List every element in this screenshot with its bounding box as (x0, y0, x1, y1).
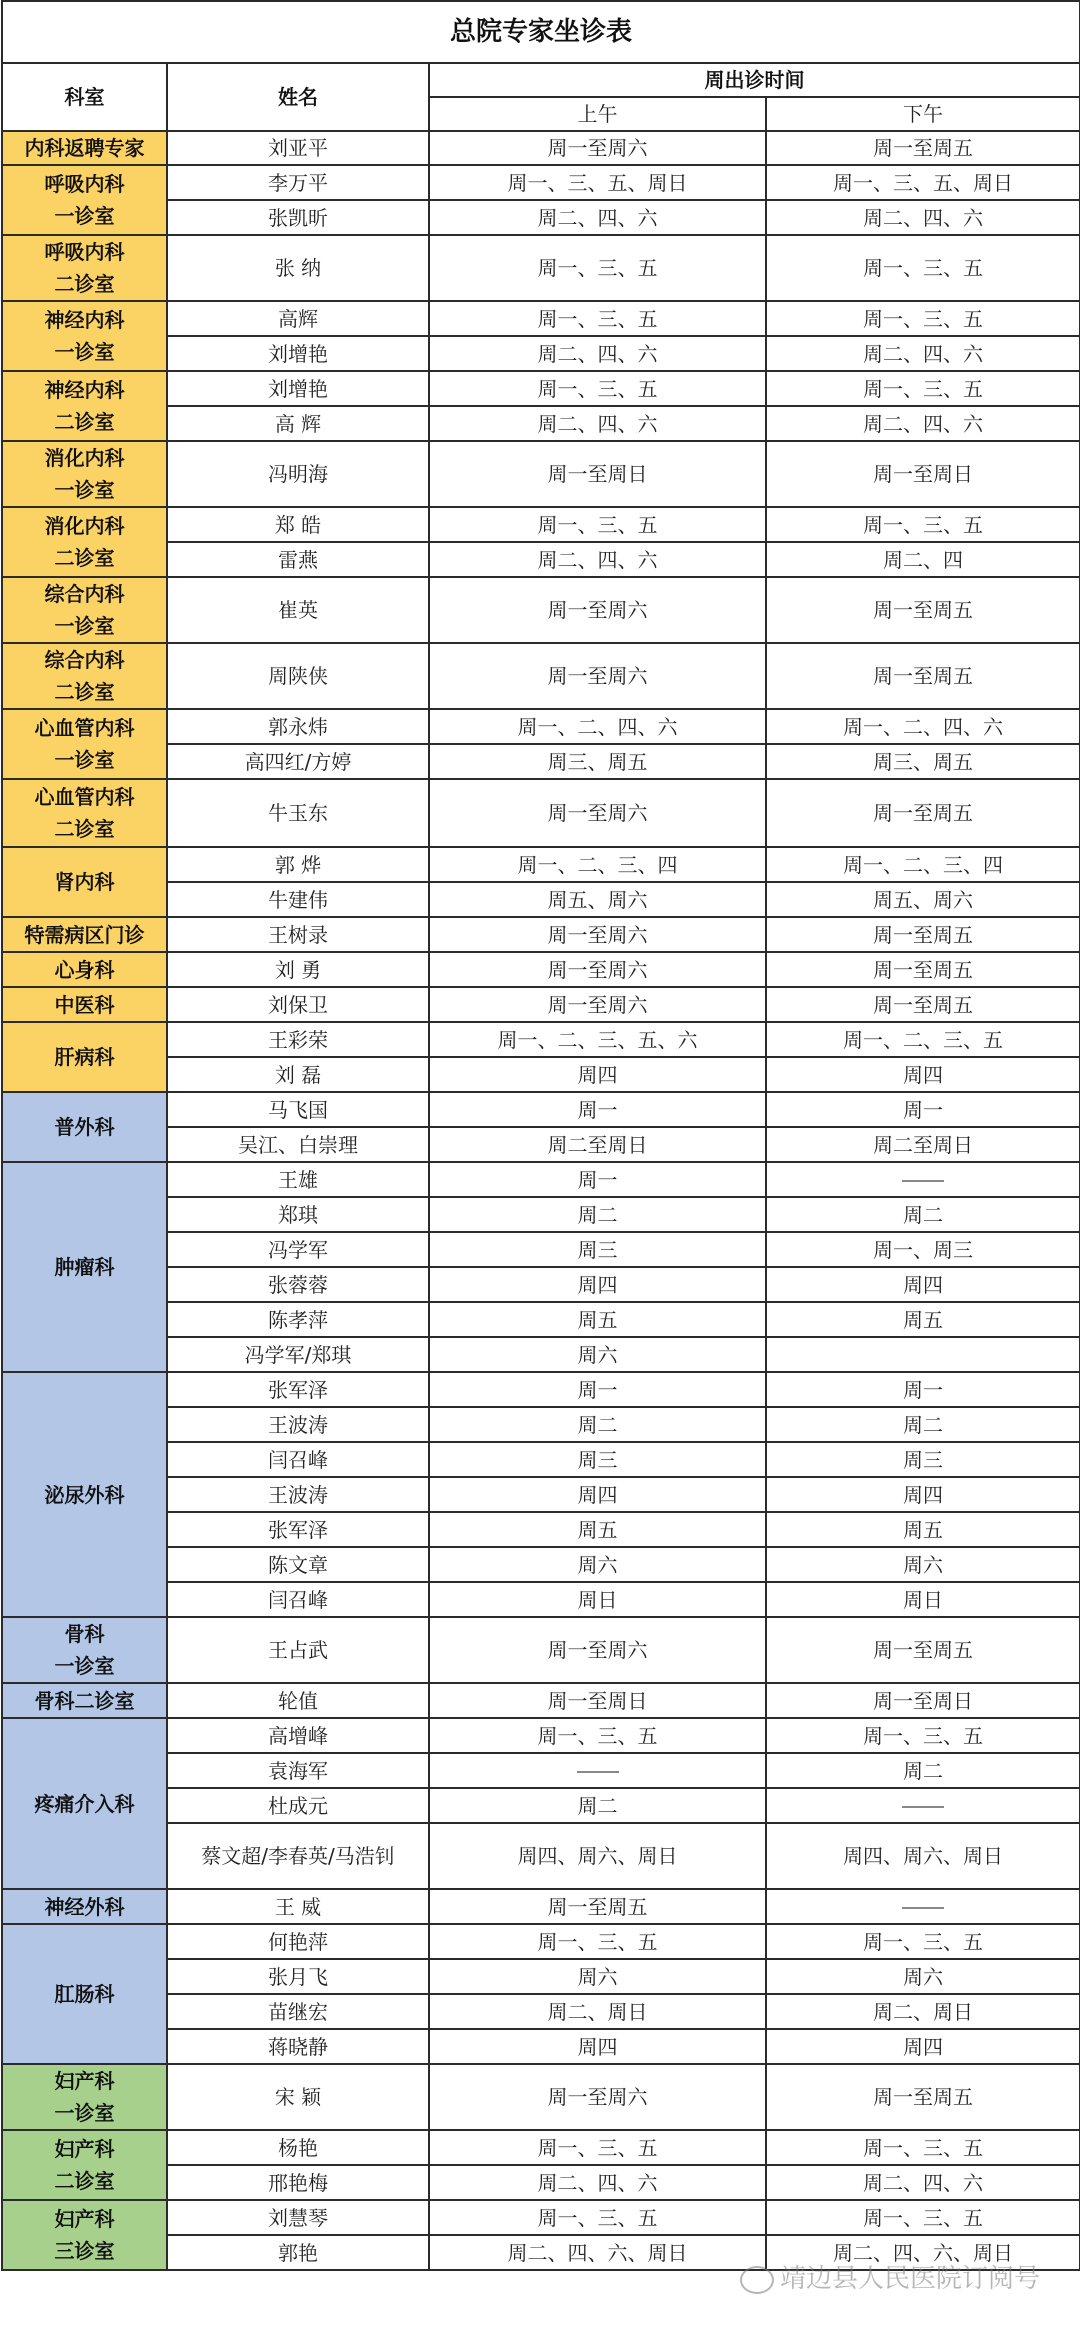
morning-schedule: 周一 (429, 1162, 766, 1197)
doctor-name: 张月飞 (167, 1959, 429, 1994)
department-cell: 肛肠科 (2, 1924, 167, 2064)
department-label: 二诊室 (3, 2165, 166, 2197)
department-label: 一诊室 (3, 474, 166, 506)
doctor-name: 郑琪 (167, 1197, 429, 1232)
department-label: 综合内科 (3, 644, 166, 676)
table-row: 神经内科二诊室刘增艳周一、三、五周一、三、五 (2, 371, 1080, 406)
department-label: 二诊室 (3, 542, 166, 574)
morning-schedule: 周四、周六、周日 (429, 1823, 766, 1889)
department-label: 内科返聘专家 (3, 132, 166, 164)
morning-schedule: 周四 (429, 1477, 766, 1512)
morning-schedule: 周二、四、六、周日 (429, 2235, 766, 2270)
morning-schedule: 周一、三、五 (429, 235, 766, 301)
morning-schedule: 周一、三、五 (429, 1718, 766, 1753)
department-label: 肾内科 (3, 866, 166, 898)
header-name: 姓名 (167, 63, 429, 131)
doctor-name: 郭 烨 (167, 847, 429, 882)
department-label: 一诊室 (3, 744, 166, 776)
department-label: 肛肠科 (3, 1978, 166, 2010)
department-label: 普外科 (3, 1111, 166, 1143)
afternoon-schedule: 周一至周五 (766, 643, 1080, 709)
afternoon-schedule: 周二、四 (766, 542, 1080, 577)
afternoon-schedule: 周一、三、五 (766, 507, 1080, 542)
afternoon-schedule: 周二、四、六 (766, 336, 1080, 371)
table-row: 神经外科王 威周一至周五 (2, 1889, 1080, 1924)
doctor-name: 李万平 (167, 165, 429, 200)
doctor-name: 张凯昕 (167, 200, 429, 235)
department-label: 一诊室 (3, 200, 166, 232)
afternoon-schedule: 周二、四、六 (766, 2165, 1080, 2200)
doctor-name: 杨艳 (167, 2130, 429, 2165)
table-row: 肾内科郭 烨周一、二、三、四周一、二、三、四 (2, 847, 1080, 882)
department-cell: 神经内科一诊室 (2, 301, 167, 371)
department-cell: 综合内科一诊室 (2, 577, 167, 643)
department-label: 妇产科 (3, 2203, 166, 2235)
doctor-name: 高 辉 (167, 406, 429, 441)
afternoon-schedule: 周二 (766, 1407, 1080, 1442)
afternoon-schedule: 周一至周日 (766, 441, 1080, 507)
afternoon-schedule: 周一至周五 (766, 952, 1080, 987)
table-row: 肿瘤科王雄周一 (2, 1162, 1080, 1197)
table-row: 内科返聘专家刘亚平周一至周六周一至周五 (2, 131, 1080, 165)
table-row: 心血管内科二诊室牛玉东周一至周六周一至周五 (2, 779, 1080, 847)
morning-schedule: 周二、周日 (429, 1994, 766, 2029)
doctor-name: 宋 颖 (167, 2064, 429, 2130)
department-label: 肝病科 (3, 1041, 166, 1073)
department-label: 消化内科 (3, 510, 166, 542)
morning-schedule: 周一至周五 (429, 1889, 766, 1924)
doctor-name: 张蓉蓉 (167, 1267, 429, 1302)
morning-schedule: 周二、四、六 (429, 336, 766, 371)
department-label: 一诊室 (3, 336, 166, 368)
doctor-name: 郑 皓 (167, 507, 429, 542)
department-label: 二诊室 (3, 268, 166, 300)
morning-schedule: 周六 (429, 1547, 766, 1582)
page-title: 总院专家坐诊表 (2, 1, 1080, 63)
department-label: 消化内科 (3, 442, 166, 474)
header-time-group: 周出诊时间 (429, 63, 1080, 97)
table-row: 疼痛介入科高增峰周一、三、五周一、三、五 (2, 1718, 1080, 1753)
department-cell: 妇产科一诊室 (2, 2064, 167, 2130)
morning-schedule: 周三 (429, 1232, 766, 1267)
table-row: 骨科一诊室王占武周一至周六周一至周五 (2, 1617, 1080, 1683)
department-label: 心血管内科 (3, 712, 166, 744)
department-label: 妇产科 (3, 2065, 166, 2097)
afternoon-schedule (766, 1162, 1080, 1197)
department-label: 一诊室 (3, 610, 166, 642)
table-row: 泌尿外科张军泽周一周一 (2, 1372, 1080, 1407)
doctor-name: 冯明海 (167, 441, 429, 507)
table-row: 综合内科二诊室周陕侠周一至周六周一至周五 (2, 643, 1080, 709)
doctor-name: 刘增艳 (167, 371, 429, 406)
afternoon-schedule: 周四 (766, 1267, 1080, 1302)
department-label: 神经内科 (3, 304, 166, 336)
morning-schedule: 周五、周六 (429, 882, 766, 917)
morning-schedule: 周一至周六 (429, 987, 766, 1022)
morning-schedule: 周一至周六 (429, 779, 766, 847)
afternoon-schedule: 周二、周日 (766, 1994, 1080, 2029)
department-cell: 泌尿外科 (2, 1372, 167, 1617)
morning-schedule: 周一、三、五 (429, 371, 766, 406)
department-label: 肿瘤科 (3, 1251, 166, 1283)
afternoon-schedule: 周五 (766, 1302, 1080, 1337)
doctor-name: 刘保卫 (167, 987, 429, 1022)
morning-schedule: 周一、三、五 (429, 301, 766, 336)
afternoon-schedule: 周五、周六 (766, 882, 1080, 917)
doctor-name: 崔英 (167, 577, 429, 643)
morning-schedule: 周四 (429, 1057, 766, 1092)
morning-schedule: 周二至周日 (429, 1127, 766, 1162)
afternoon-schedule: 周一至周五 (766, 131, 1080, 165)
department-cell: 中医科 (2, 987, 167, 1022)
doctor-name: 张 纳 (167, 235, 429, 301)
afternoon-schedule: 周日 (766, 1582, 1080, 1617)
department-cell: 肾内科 (2, 847, 167, 917)
afternoon-schedule: 周二、四、六 (766, 200, 1080, 235)
morning-schedule: 周一 (429, 1372, 766, 1407)
doctor-name: 郭永炜 (167, 709, 429, 744)
morning-schedule: 周四 (429, 1267, 766, 1302)
doctor-name: 王 威 (167, 1889, 429, 1924)
afternoon-schedule: 周一至周五 (766, 2064, 1080, 2130)
department-label: 心身科 (3, 954, 166, 986)
department-label: 疼痛介入科 (3, 1788, 166, 1820)
department-label: 二诊室 (3, 676, 166, 708)
afternoon-schedule: 周一、三、五 (766, 301, 1080, 336)
doctor-name: 牛建伟 (167, 882, 429, 917)
morning-schedule: 周一至周日 (429, 441, 766, 507)
doctor-name: 刘 勇 (167, 952, 429, 987)
doctor-name: 王树录 (167, 917, 429, 952)
morning-schedule: 周六 (429, 1337, 766, 1372)
morning-schedule: 周三 (429, 1442, 766, 1477)
afternoon-schedule: 周五 (766, 1512, 1080, 1547)
afternoon-schedule: 周三、周五 (766, 744, 1080, 779)
department-cell: 神经外科 (2, 1889, 167, 1924)
afternoon-schedule: 周一、二、四、六 (766, 709, 1080, 744)
header-afternoon: 下午 (766, 97, 1080, 131)
afternoon-schedule: 周四 (766, 1057, 1080, 1092)
afternoon-schedule: 周二至周日 (766, 1127, 1080, 1162)
morning-schedule: 周六 (429, 1959, 766, 1994)
doctor-name: 闫召峰 (167, 1442, 429, 1477)
doctor-name: 王波涛 (167, 1407, 429, 1442)
morning-schedule: 周一、三、五 (429, 2200, 766, 2235)
doctor-name: 高四红/方婷 (167, 744, 429, 779)
doctor-name: 杜成元 (167, 1788, 429, 1823)
morning-schedule: 周二、四、六 (429, 200, 766, 235)
afternoon-schedule: 周六 (766, 1959, 1080, 1994)
department-label: 呼吸内科 (3, 168, 166, 200)
doctor-name: 陈文章 (167, 1547, 429, 1582)
department-label: 二诊室 (3, 406, 166, 438)
afternoon-schedule (766, 1337, 1080, 1372)
afternoon-schedule: 周一至周日 (766, 1683, 1080, 1718)
morning-schedule: 周五 (429, 1512, 766, 1547)
morning-schedule: 周一至周六 (429, 952, 766, 987)
doctor-name: 张军泽 (167, 1512, 429, 1547)
table-row: 呼吸内科二诊室张 纳周一、三、五周一、三、五 (2, 235, 1080, 301)
table-row: 消化内科一诊室冯明海周一至周日周一至周日 (2, 441, 1080, 507)
doctor-name: 马飞国 (167, 1092, 429, 1127)
afternoon-schedule: 周二 (766, 1753, 1080, 1788)
schedule-table: 总院专家坐诊表 科室 姓名 周出诊时间 上午 下午 内科返聘专家刘亚平周一至周六… (1, 0, 1080, 2271)
doctor-name: 苗继宏 (167, 1994, 429, 2029)
doctor-name: 刘增艳 (167, 336, 429, 371)
department-label: 二诊室 (3, 813, 166, 845)
afternoon-schedule: 周一、三、五 (766, 235, 1080, 301)
table-row: 妇产科三诊室刘慧琴周一、三、五周一、三、五 (2, 2200, 1080, 2235)
department-label: 一诊室 (3, 2097, 166, 2129)
doctor-name: 陈孝萍 (167, 1302, 429, 1337)
doctor-name: 刘 磊 (167, 1057, 429, 1092)
department-cell: 消化内科二诊室 (2, 507, 167, 577)
department-cell: 呼吸内科二诊室 (2, 235, 167, 301)
afternoon-schedule: 周二、四、六 (766, 406, 1080, 441)
department-cell: 心血管内科一诊室 (2, 709, 167, 779)
doctor-name: 冯学军 (167, 1232, 429, 1267)
department-label: 心血管内科 (3, 781, 166, 813)
department-cell: 骨科二诊室 (2, 1683, 167, 1718)
morning-schedule: 周日 (429, 1582, 766, 1617)
doctor-name: 何艳萍 (167, 1924, 429, 1959)
doctor-name: 郭艳 (167, 2235, 429, 2270)
department-cell: 妇产科三诊室 (2, 2200, 167, 2270)
afternoon-schedule: 周一至周五 (766, 577, 1080, 643)
doctor-name: 邢艳梅 (167, 2165, 429, 2200)
doctor-name: 刘慧琴 (167, 2200, 429, 2235)
table-row: 特需病区门诊王树录周一至周六周一至周五 (2, 917, 1080, 952)
doctor-name: 袁海军 (167, 1753, 429, 1788)
afternoon-schedule: 周一、二、三、五 (766, 1022, 1080, 1057)
table-row: 肛肠科何艳萍周一、三、五周一、三、五 (2, 1924, 1080, 1959)
morning-schedule: 周二、四、六 (429, 542, 766, 577)
none-dash (902, 1180, 944, 1182)
morning-schedule: 周一至周六 (429, 1617, 766, 1683)
department-label: 泌尿外科 (3, 1479, 166, 1511)
morning-schedule: 周五 (429, 1302, 766, 1337)
afternoon-schedule: 周四 (766, 2029, 1080, 2064)
morning-schedule: 周一至周六 (429, 2064, 766, 2130)
afternoon-schedule: 周一、二、三、四 (766, 847, 1080, 882)
department-cell: 疼痛介入科 (2, 1718, 167, 1889)
afternoon-schedule: 周二、四、六、周日 (766, 2235, 1080, 2270)
department-label: 综合内科 (3, 578, 166, 610)
table-row: 神经内科一诊室高辉周一、三、五周一、三、五 (2, 301, 1080, 336)
afternoon-schedule: 周一 (766, 1092, 1080, 1127)
afternoon-schedule: 周一、三、五 (766, 371, 1080, 406)
afternoon-schedule: 周一至周五 (766, 987, 1080, 1022)
department-cell: 骨科一诊室 (2, 1617, 167, 1683)
morning-schedule: 周一至周六 (429, 131, 766, 165)
doctor-name: 牛玉东 (167, 779, 429, 847)
morning-schedule: 周一至周六 (429, 577, 766, 643)
doctor-name: 冯学军/郑琪 (167, 1337, 429, 1372)
department-label: 三诊室 (3, 2235, 166, 2267)
department-label: 神经外科 (3, 1891, 166, 1923)
doctor-name: 轮值 (167, 1683, 429, 1718)
afternoon-schedule: 周一至周五 (766, 917, 1080, 952)
afternoon-schedule: 周一、周三 (766, 1232, 1080, 1267)
table-row: 呼吸内科一诊室李万平周一、三、五、周日周一、三、五、周日 (2, 165, 1080, 200)
morning-schedule: 周一至周六 (429, 643, 766, 709)
table-row: 骨科二诊室轮值周一至周日周一至周日 (2, 1683, 1080, 1718)
doctor-name: 王彩荣 (167, 1022, 429, 1057)
doctor-name: 蒋晓静 (167, 2029, 429, 2064)
morning-schedule (429, 1753, 766, 1788)
department-cell: 神经内科二诊室 (2, 371, 167, 441)
table-row: 肝病科王彩荣周一、二、三、五、六周一、二、三、五 (2, 1022, 1080, 1057)
department-label: 特需病区门诊 (3, 919, 166, 951)
department-label: 神经内科 (3, 374, 166, 406)
none-dash (577, 1771, 619, 1773)
table-row: 综合内科一诊室崔英周一至周六周一至周五 (2, 577, 1080, 643)
department-cell: 呼吸内科一诊室 (2, 165, 167, 235)
morning-schedule: 周一、三、五 (429, 2130, 766, 2165)
table-row: 普外科马飞国周一周一 (2, 1092, 1080, 1127)
morning-schedule: 周一、三、五 (429, 1924, 766, 1959)
doctor-name: 刘亚平 (167, 131, 429, 165)
doctor-name: 王雄 (167, 1162, 429, 1197)
morning-schedule: 周一、二、三、四 (429, 847, 766, 882)
doctor-name: 闫召峰 (167, 1582, 429, 1617)
afternoon-schedule (766, 1889, 1080, 1924)
morning-schedule: 周二 (429, 1407, 766, 1442)
department-label: 骨科 (3, 1618, 166, 1650)
doctor-name: 周陕侠 (167, 643, 429, 709)
morning-schedule: 周一 (429, 1092, 766, 1127)
doctor-name: 高辉 (167, 301, 429, 336)
header-dept: 科室 (2, 63, 167, 131)
morning-schedule: 周一、二、三、五、六 (429, 1022, 766, 1057)
department-label: 一诊室 (3, 1650, 166, 1682)
afternoon-schedule: 周一、三、五、周日 (766, 165, 1080, 200)
doctor-name: 王占武 (167, 1617, 429, 1683)
table-row: 妇产科一诊室宋 颖周一至周六周一至周五 (2, 2064, 1080, 2130)
doctor-name: 蔡文超/李春英/马浩钊 (167, 1823, 429, 1889)
afternoon-schedule: 周一 (766, 1372, 1080, 1407)
department-label: 妇产科 (3, 2133, 166, 2165)
morning-schedule: 周二 (429, 1788, 766, 1823)
afternoon-schedule: 周一、三、五 (766, 1924, 1080, 1959)
doctor-name: 王波涛 (167, 1477, 429, 1512)
morning-schedule: 周三、周五 (429, 744, 766, 779)
morning-schedule: 周二 (429, 1197, 766, 1232)
department-cell: 肝病科 (2, 1022, 167, 1092)
morning-schedule: 周二、四、六 (429, 406, 766, 441)
department-cell: 综合内科二诊室 (2, 643, 167, 709)
morning-schedule: 周一、二、四、六 (429, 709, 766, 744)
none-dash (902, 1907, 944, 1909)
department-cell: 内科返聘专家 (2, 131, 167, 165)
department-label: 呼吸内科 (3, 236, 166, 268)
department-cell: 心身科 (2, 952, 167, 987)
department-cell: 消化内科一诊室 (2, 441, 167, 507)
afternoon-schedule: 周二 (766, 1197, 1080, 1232)
afternoon-schedule: 周一至周五 (766, 779, 1080, 847)
doctor-name: 张军泽 (167, 1372, 429, 1407)
department-label: 中医科 (3, 989, 166, 1021)
department-cell: 普外科 (2, 1092, 167, 1162)
afternoon-schedule: 周一、三、五 (766, 2130, 1080, 2165)
morning-schedule: 周一、三、五、周日 (429, 165, 766, 200)
table-row: 消化内科二诊室郑 皓周一、三、五周一、三、五 (2, 507, 1080, 542)
morning-schedule: 周四 (429, 2029, 766, 2064)
afternoon-schedule: 周四 (766, 1477, 1080, 1512)
afternoon-schedule: 周一、三、五 (766, 2200, 1080, 2235)
department-cell: 肿瘤科 (2, 1162, 167, 1372)
header-morning: 上午 (429, 97, 766, 131)
department-cell: 心血管内科二诊室 (2, 779, 167, 847)
table-row: 心身科刘 勇周一至周六周一至周五 (2, 952, 1080, 987)
afternoon-schedule: 周三 (766, 1442, 1080, 1477)
doctor-name: 吴江、白崇理 (167, 1127, 429, 1162)
doctor-name: 雷燕 (167, 542, 429, 577)
afternoon-schedule: 周六 (766, 1547, 1080, 1582)
department-cell: 特需病区门诊 (2, 917, 167, 952)
table-row: 心血管内科一诊室郭永炜周一、二、四、六周一、二、四、六 (2, 709, 1080, 744)
none-dash (902, 1806, 944, 1808)
department-cell: 妇产科二诊室 (2, 2130, 167, 2200)
afternoon-schedule: 周四、周六、周日 (766, 1823, 1080, 1889)
morning-schedule: 周一至周日 (429, 1683, 766, 1718)
morning-schedule: 周一至周六 (429, 917, 766, 952)
department-label: 骨科二诊室 (3, 1685, 166, 1717)
schedule-body: 内科返聘专家刘亚平周一至周六周一至周五呼吸内科一诊室李万平周一、三、五、周日周一… (2, 131, 1080, 2270)
afternoon-schedule: 周一至周五 (766, 1617, 1080, 1683)
table-row: 妇产科二诊室杨艳周一、三、五周一、三、五 (2, 2130, 1080, 2165)
afternoon-schedule (766, 1788, 1080, 1823)
doctor-name: 高增峰 (167, 1718, 429, 1753)
morning-schedule: 周二、四、六 (429, 2165, 766, 2200)
morning-schedule: 周一、三、五 (429, 507, 766, 542)
table-row: 中医科刘保卫周一至周六周一至周五 (2, 987, 1080, 1022)
afternoon-schedule: 周一、三、五 (766, 1718, 1080, 1753)
